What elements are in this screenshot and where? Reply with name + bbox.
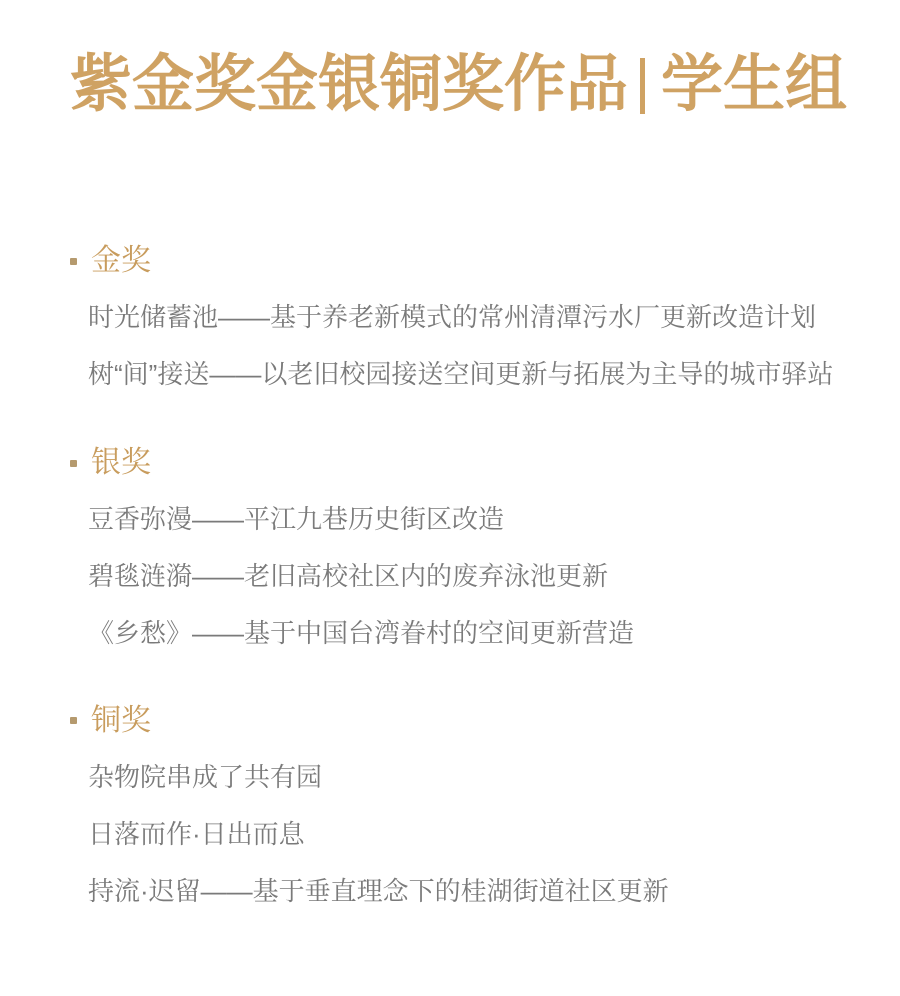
page-title-left: 紫金奖金银铜奖作品 xyxy=(70,50,628,121)
bronze-award-list: 杂物院串成了共有园 日落而作·日出而息 持流·迟留——基于垂直理念下的桂湖街道社… xyxy=(70,763,834,907)
gold-award-list: 时光储蓄池——基于养老新模式的常州清潭污水厂更新改造计划 树“间”接送——以老旧… xyxy=(70,303,834,390)
section-silver-award: 银奖 豆香弥漫——平江九巷历史街区改造 碧毯涟漪——老旧高校社区内的废弃泳池更新… xyxy=(70,445,834,649)
work-item: 豆香弥漫——平江九巷历史街区改造 xyxy=(88,505,834,535)
silver-award-label: 银奖 xyxy=(91,445,151,481)
bronze-award-heading: 铜奖 xyxy=(70,703,834,739)
bullet-icon xyxy=(70,460,77,467)
silver-award-heading: 银奖 xyxy=(70,445,834,481)
bullet-icon xyxy=(70,258,77,265)
title-divider-bar xyxy=(640,58,645,114)
silver-award-list: 豆香弥漫——平江九巷历史街区改造 碧毯涟漪——老旧高校社区内的废弃泳池更新 《乡… xyxy=(70,505,834,649)
bronze-award-label: 铜奖 xyxy=(91,703,151,739)
work-item: 杂物院串成了共有园 xyxy=(88,763,834,793)
gold-award-heading: 金奖 xyxy=(70,243,834,279)
work-item: 日落而作·日出而息 xyxy=(88,820,834,850)
page-title: 紫金奖金银铜奖作品 学生组 xyxy=(70,50,834,121)
section-bronze-award: 铜奖 杂物院串成了共有园 日落而作·日出而息 持流·迟留——基于垂直理念下的桂湖… xyxy=(70,703,834,907)
work-item: 《乡愁》——基于中国台湾眷村的空间更新营造 xyxy=(88,619,834,649)
work-item: 时光储蓄池——基于养老新模式的常州清潭污水厂更新改造计划 xyxy=(88,303,834,333)
work-item: 持流·迟留——基于垂直理念下的桂湖街道社区更新 xyxy=(88,877,834,907)
section-gold-award: 金奖 时光储蓄池——基于养老新模式的常州清潭污水厂更新改造计划 树“间”接送——… xyxy=(70,243,834,390)
work-item: 树“间”接送——以老旧校园接送空间更新与拓展为主导的城市驿站 xyxy=(88,360,834,390)
work-item: 碧毯涟漪——老旧高校社区内的废弃泳池更新 xyxy=(88,562,834,592)
bullet-icon xyxy=(70,717,77,724)
page-title-right: 学生组 xyxy=(661,50,847,121)
gold-award-label: 金奖 xyxy=(91,243,151,279)
awards-announcement-page: 紫金奖金银铜奖作品 学生组 金奖 时光储蓄池——基于养老新模式的常州清潭污水厂更… xyxy=(0,0,900,996)
